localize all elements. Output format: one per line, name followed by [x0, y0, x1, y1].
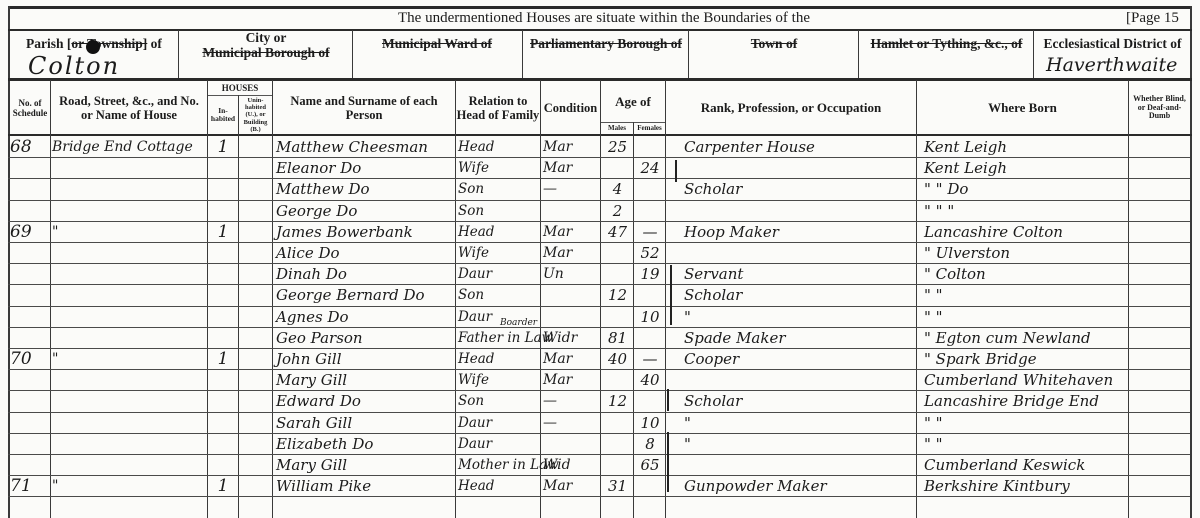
cell-name: Elizabeth Do	[276, 434, 456, 455]
census-page: The undermentioned Houses are situate wi…	[0, 0, 1200, 518]
cell-relation-note: Boarder	[500, 317, 537, 329]
column-rule	[540, 80, 541, 518]
cell-relation: Son	[458, 179, 540, 200]
cell-occupation: Hoop Maker	[684, 222, 916, 243]
place-divider	[522, 30, 523, 80]
municipal-ward-label: Municipal Ward of	[354, 36, 520, 52]
cell-born: Kent Leigh	[924, 158, 1128, 179]
cell-born: " Ulverston	[924, 243, 1128, 264]
bracket-mark	[667, 432, 669, 492]
place-divider	[688, 30, 689, 80]
cell-schedule: 71	[10, 476, 50, 497]
col-houses: HOUSES	[208, 82, 272, 95]
right-border	[1190, 6, 1192, 518]
cell-relation: Daur	[458, 264, 540, 285]
city-label: City or	[182, 30, 350, 45]
cell-born: " Egton cum Newland	[924, 328, 1128, 349]
cell-name: Matthew Do	[276, 179, 456, 200]
cell-female-age: 52	[635, 243, 665, 264]
cell-condition: Un	[543, 264, 600, 285]
city-borough-label: City or Municipal Borough of	[182, 30, 350, 60]
cell-relation: Son	[458, 201, 540, 222]
col-condition: Condition	[541, 82, 600, 134]
cell-relation: Head	[458, 349, 540, 370]
cell-inhabited: 1	[208, 137, 238, 158]
cell-relation: Daur	[458, 413, 540, 434]
column-rule	[665, 80, 666, 518]
cell-born: " " "	[924, 201, 1128, 222]
cell-born: " Colton	[924, 264, 1128, 285]
cell-schedule: 69	[10, 222, 50, 243]
col-occupation: Rank, Profession, or Occupation	[666, 82, 916, 134]
place-divider	[1033, 30, 1034, 80]
cell-name: George Do	[276, 201, 456, 222]
cell-born: Cumberland Whitehaven	[924, 370, 1128, 391]
cell-female-age: 24	[635, 158, 665, 179]
banner-title: The undermentioned Houses are situate wi…	[398, 8, 810, 28]
column-rule	[1128, 80, 1129, 518]
cell-relation: Daur	[458, 434, 540, 455]
cell-male-age: 25	[602, 137, 633, 158]
cell-name: Eleanor Do	[276, 158, 456, 179]
bracket-mark	[667, 389, 669, 411]
page-number: [Page 15	[1126, 8, 1179, 28]
cell-inhabited: 1	[208, 349, 238, 370]
cell-name: Alice Do	[276, 243, 456, 264]
cell-female-age: 10	[635, 413, 665, 434]
cell-occupation: Cooper	[684, 349, 916, 370]
cell-born: " "	[924, 434, 1128, 455]
cell-inhabited: 1	[208, 476, 238, 497]
cell-condition: Mar	[543, 349, 600, 370]
cell-born: " "	[924, 307, 1128, 328]
cell-relation: Head	[458, 137, 540, 158]
cell-inhabited: 1	[208, 222, 238, 243]
parish-label-prefix: Parish [	[26, 36, 71, 51]
cell-name: Edward Do	[276, 391, 456, 412]
cell-occupation: "	[684, 413, 916, 434]
cell-relation: Father in Law	[458, 328, 540, 349]
cell-occupation: "	[684, 307, 916, 328]
col-inhabited: In-habited	[208, 96, 238, 134]
ecclesiastical-district-value: Haverthwaite	[1046, 54, 1177, 76]
col-males: Males	[601, 123, 633, 134]
cell-male-age: 4	[602, 179, 633, 200]
place-divider	[858, 30, 859, 80]
cell-road: Bridge End Cottage	[52, 137, 206, 158]
cell-female-age: 8	[635, 434, 665, 455]
col-road: Road, Street, &c., and No. or Name of Ho…	[52, 82, 206, 134]
cell-born: " Spark Bridge	[924, 349, 1128, 370]
cell-name: Dinah Do	[276, 264, 456, 285]
cell-name: John Gill	[276, 349, 456, 370]
col-relation: Relation to Head of Family	[456, 82, 540, 134]
cell-relation: Son	[458, 285, 540, 306]
cell-condition: Wid	[543, 455, 600, 476]
column-rule	[633, 122, 634, 518]
cell-name: Mary Gill	[276, 455, 456, 476]
cell-male-age: 47	[602, 222, 633, 243]
cell-road: "	[52, 222, 206, 243]
hamlet-label: Hamlet or Tything, &c., of	[860, 36, 1033, 52]
cell-condition: Mar	[543, 137, 600, 158]
cell-relation: Head	[458, 476, 540, 497]
cell-occupation: Servant	[684, 264, 916, 285]
parliamentary-borough-label: Parliamentary Borough of	[524, 36, 688, 52]
cell-female-age: 65	[635, 455, 665, 476]
cell-condition: —	[543, 179, 600, 200]
cell-female-age: —	[635, 349, 665, 370]
cell-born: Kent Leigh	[924, 137, 1128, 158]
cell-schedule: 68	[10, 137, 50, 158]
cell-name: Agnes Do	[276, 307, 456, 328]
cell-occupation: Spade Maker	[684, 328, 916, 349]
bracket-mark	[670, 265, 672, 325]
bracket-mark	[675, 160, 677, 182]
cell-condition: —	[543, 413, 600, 434]
cell-born: Lancashire Colton	[924, 222, 1128, 243]
col-age: Age of	[601, 82, 665, 122]
cell-road: "	[52, 476, 206, 497]
municipal-borough-struck: Municipal Borough of	[182, 45, 350, 60]
column-rule	[272, 80, 273, 518]
cell-male-age: 2	[602, 201, 633, 222]
cell-condition: Mar	[543, 476, 600, 497]
cell-name: Geo Parson	[276, 328, 456, 349]
cell-male-age: 12	[602, 391, 633, 412]
column-rule	[50, 80, 51, 518]
cell-born: Lancashire Bridge End	[924, 391, 1128, 412]
cell-condition: Mar	[543, 222, 600, 243]
cell-name: Sarah Gill	[276, 413, 456, 434]
parish-label-suffix: of	[147, 36, 162, 51]
col-name: Name and Surname of each Person	[274, 82, 454, 134]
cell-road: "	[52, 349, 206, 370]
cell-name: James Bowerbank	[276, 222, 456, 243]
cell-male-age: 81	[602, 328, 633, 349]
cell-occupation: Carpenter House	[684, 137, 916, 158]
cell-name: Matthew Cheesman	[276, 137, 456, 158]
cell-condition: Mar	[543, 158, 600, 179]
cell-condition: Mar	[543, 370, 600, 391]
cell-male-age: 40	[602, 349, 633, 370]
place-divider	[352, 30, 353, 80]
cell-female-age: 40	[635, 370, 665, 391]
cell-schedule: 70	[10, 349, 50, 370]
cell-relation: Wife	[458, 243, 540, 264]
cell-born: " "	[924, 413, 1128, 434]
column-rule	[916, 80, 917, 518]
cell-occupation: Gunpowder Maker	[684, 476, 916, 497]
cell-born: Cumberland Keswick	[924, 455, 1128, 476]
cell-name: George Bernard Do	[276, 285, 456, 306]
col-where-born: Where Born	[917, 82, 1128, 134]
row-rule	[8, 496, 1190, 497]
col-schedule: No. of Schedule	[10, 82, 50, 134]
cell-relation: Son	[458, 391, 540, 412]
cell-relation: Wife	[458, 370, 540, 391]
cell-occupation: Scholar	[684, 285, 916, 306]
cell-condition: Mar	[543, 243, 600, 264]
cell-relation: Wife	[458, 158, 540, 179]
place-divider	[178, 30, 179, 80]
parish-value: Colton	[28, 52, 120, 80]
cell-occupation: "	[684, 434, 916, 455]
cell-male-age: 31	[602, 476, 633, 497]
cell-name: William Pike	[276, 476, 456, 497]
cell-born: " "	[924, 285, 1128, 306]
cell-born: Berkshire Kintbury	[924, 476, 1128, 497]
cell-condition: Widr	[543, 328, 600, 349]
cell-occupation: Scholar	[684, 391, 916, 412]
town-label: Town of	[690, 36, 858, 52]
ecclesiastical-district-label: Ecclesiastical District of	[1035, 36, 1190, 52]
cell-condition: —	[543, 391, 600, 412]
col-blind: Whether Blind, or Deaf-and-Dumb	[1129, 82, 1190, 134]
cell-born: " " Do	[924, 179, 1128, 200]
cell-female-age: —	[635, 222, 665, 243]
cell-female-age: 19	[635, 264, 665, 285]
col-uninhabited: Unin-habited (U.), or Building (B.)	[239, 96, 272, 134]
cell-female-age: 10	[635, 307, 665, 328]
cell-male-age: 12	[602, 285, 633, 306]
township-struck: or Township]	[71, 36, 147, 51]
col-females: Females	[634, 123, 665, 134]
column-rule	[600, 80, 601, 518]
cell-name: Mary Gill	[276, 370, 456, 391]
cell-occupation: Scholar	[684, 179, 916, 200]
cell-relation: Head	[458, 222, 540, 243]
cell-relation: Mother in Law	[458, 455, 540, 476]
